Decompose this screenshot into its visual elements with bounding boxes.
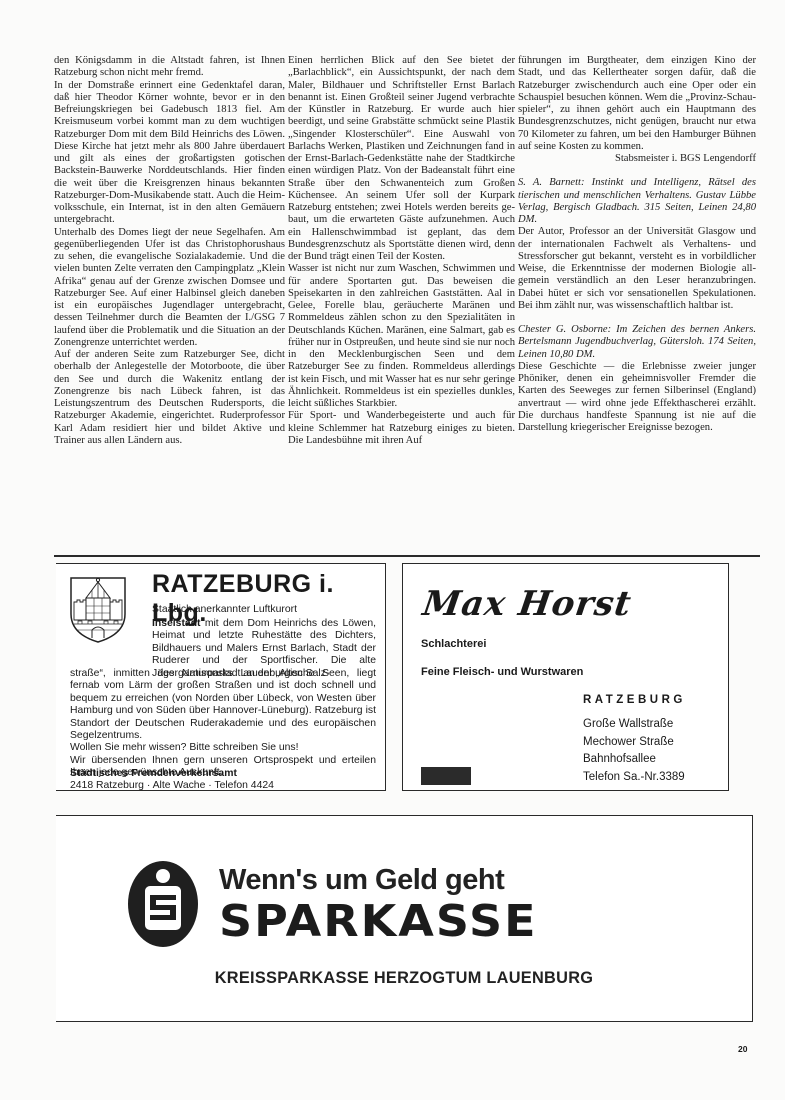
sparkasse-wordmark: SPARKASSE: [219, 895, 538, 946]
max-horst-logo: Max Horst: [420, 584, 634, 624]
paragraph: Für Sport- und Wanderbegeisterte und auc…: [288, 410, 515, 447]
ad-call-to-action: Wollen Sie mehr wissen? Bitte schreiben …: [70, 742, 376, 754]
author-signature: Stabsmeister i. BGS Lengendorff: [518, 153, 756, 165]
paragraph: führungen im Burgtheater, dem einzigen K…: [518, 55, 756, 153]
ad-subtitle: Staatlich anerkannter Luftkurort: [152, 604, 297, 615]
sparkasse-s-emblem-icon: [126, 859, 200, 949]
ad-contact: Städtisches Fremdenverkehrsamt 2418 Ratz…: [70, 768, 274, 793]
phone-number: Telefon Sa.-Nr.3389: [583, 769, 685, 787]
page-number: 20: [738, 1044, 747, 1054]
paragraph: In der Domstraße erinnert eine Gedenktaf…: [54, 80, 285, 227]
max-horst-ad: Max Horst Schlachterei Feine Fleisch- un…: [402, 563, 729, 791]
ad-lead: Inselstadt: [152, 618, 201, 629]
sparkasse-ad: Wenn's um Geld geht SPARKASSE KREISSPARK…: [56, 815, 753, 1022]
book-review-title: Chester G. Osborne: Im Zeichen des ­bern…: [518, 324, 756, 361]
paragraph: Wasser ist nicht nur zum Waschen, Schwim…: [288, 263, 515, 410]
paragraph: Einen herrlichen Blick auf den See biete…: [288, 55, 515, 263]
book-review-body: Diese Geschichte — die Erlebnisse zweier…: [518, 361, 756, 435]
article-column-3: führungen im Burgtheater, dem einzigen K…: [518, 55, 756, 434]
office-name: Städtisches Fremdenverkehrsamt: [70, 768, 274, 780]
book-review-title: S. A. Barnett: Instinkt und Intelligenz,…: [518, 177, 756, 226]
book-review-body: Der Autor, Professor an der Universität …: [518, 226, 756, 312]
business-type: Schlachterei: [421, 638, 486, 650]
sparkasse-slogan: Wenn's um Geld geht: [219, 864, 504, 897]
paragraph: den Königsdamm in die Altstadt fahren, i…: [54, 55, 285, 80]
city-coat-of-arms-icon: [68, 574, 128, 644]
business-tagline: Feine Fleisch- und Wurstwaren: [421, 666, 583, 678]
business-addresses: Große Wallstraße Mechower Straße Bahnhof…: [583, 716, 685, 786]
business-city: RATZEBURG: [583, 694, 686, 706]
paragraph: Auf der anderen Seite zum Ratzeburger Se…: [54, 349, 285, 447]
paragraph: Unterhalb des Domes liegt der neue Segel…: [54, 227, 285, 350]
address-line: Mechower Straße: [583, 734, 685, 752]
office-address: 2418 Ratzeburg · Alte Wache · Telefon 44…: [70, 780, 274, 792]
ad-body-continued: straße“, inmitten des Naturparks Lauenbu…: [70, 668, 376, 780]
address-line: Große Wallstraße: [583, 716, 685, 734]
magazine-page: den Königsdamm in die Altstadt fahren, i…: [0, 0, 785, 1100]
article-column-1: den Königsdamm in die Altstadt fahren, i…: [54, 55, 285, 447]
address-line: Bahnhofsallee: [583, 751, 685, 769]
article-column-2: Einen herrlichen Blick auf den See biete…: [288, 55, 515, 447]
sparkasse-institution: KREISSPARKASSE HERZOGTUM LAUENBURG: [70, 968, 738, 988]
ratzeburg-tourism-ad: RATZEBURG i. Lbg. Staatlich anerkannter …: [56, 563, 386, 791]
ad-body-text: straße“, inmitten des Naturparks Lauenbu…: [70, 668, 376, 742]
section-divider: [54, 555, 760, 557]
dark-block-decoration: [421, 767, 471, 785]
